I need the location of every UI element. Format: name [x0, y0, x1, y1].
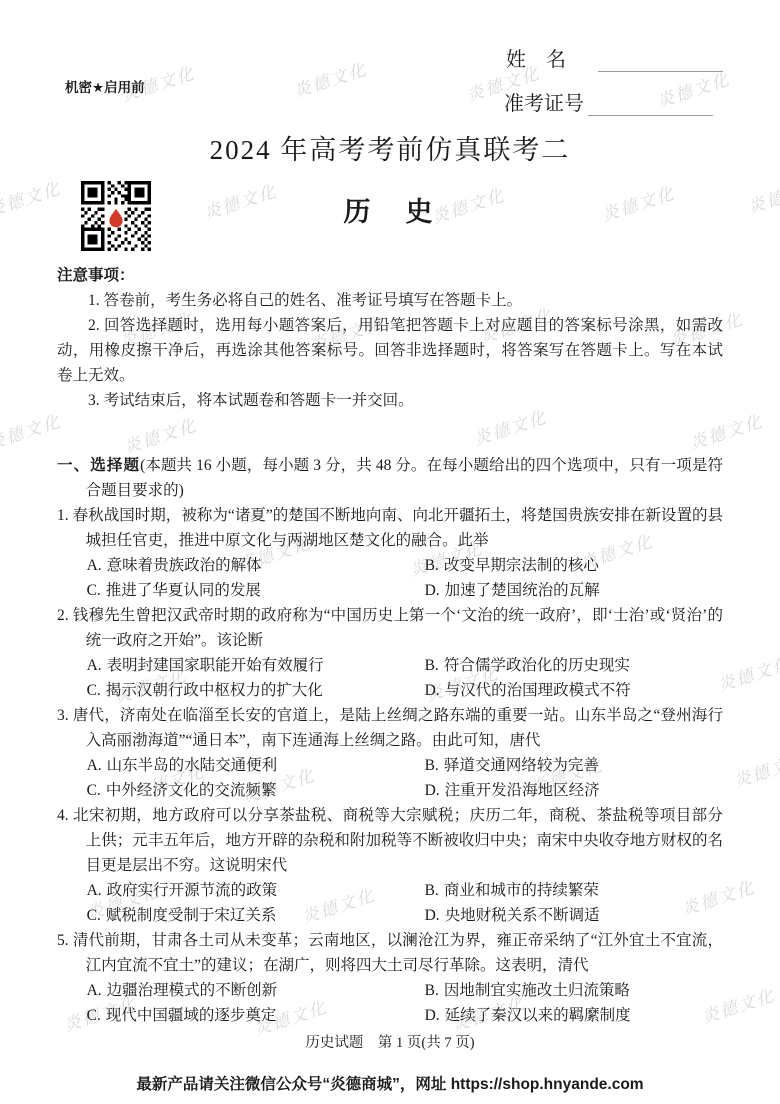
question-5: 5.清代前期，甘肃各土司从未变革；云南地区，以澜沧江为界，雍正帝采纳了“江外宜土…	[57, 928, 723, 1028]
option-text: 表明封建国家职能开始有效履行	[107, 657, 324, 674]
question-text: 春秋战国时期，被称为“诸夏”的楚国不断地向南、向北开疆拓土，将楚国贵族安排在新设…	[73, 507, 723, 549]
question-stem: 3.唐代，济南处在临淄至长安的官道上，是陆上丝绸之路东端的重要一站。山东半岛之“…	[57, 703, 723, 753]
exam-id-field: 准考证号	[504, 92, 713, 116]
option-b: B.因地制宜实施改土归流策略	[425, 978, 723, 1003]
option-text: 边疆治理模式的不断创新	[107, 982, 278, 999]
secrecy-label: 机密★启用前	[65, 76, 145, 96]
option-a: A.表明封建国家职能开始有效履行	[87, 653, 425, 678]
question-text: 北宋初期，地方政府可以分享茶盐税、商税等大宗赋税；庆历二年，商税、茶盐税等项目部…	[73, 807, 723, 874]
name-label: 姓 名	[506, 48, 594, 72]
option-label: B.	[425, 657, 439, 674]
page-header: 机密★启用前 姓 名 准考证号	[57, 0, 723, 133]
option-text: 现代中国疆域的逐步奠定	[106, 1007, 277, 1024]
notice-item-text: 答卷前，考生务必将自己的姓名、准考证号填写在答题卡上。	[104, 292, 523, 309]
option-d: D.与汉代的治国理政模式不符	[425, 678, 723, 703]
page-footer: 历史试题 第 1 页(共 7 页)	[0, 1031, 780, 1052]
option-label: B.	[425, 882, 439, 899]
question-3: 3.唐代，济南处在临淄至长安的官道上，是陆上丝绸之路东端的重要一站。山东半岛之“…	[57, 703, 723, 803]
question-text: 清代前期，甘肃各土司从未变革；云南地区，以澜沧江为界，雍正帝采纳了“江外宜土不宜…	[73, 932, 723, 974]
promo-banner: 最新产品请关注微信公众号“炎德商城”，网址 https://shop.hnyan…	[0, 1072, 780, 1094]
options: A.意味着贵族政治的解体 B.改变早期宗法制的核心 C.推进了华夏认同的发展 D…	[57, 553, 723, 603]
subject-title: 历 史	[57, 167, 723, 227]
option-text: 揭示汉朝行政中枢权力的扩大化	[106, 682, 323, 699]
option-c: C.推进了华夏认同的发展	[87, 578, 425, 603]
exam-id-label: 准考证号	[504, 92, 584, 116]
option-text: 驿道交通网络较为完善	[444, 757, 599, 774]
option-b: B.符合儒学政治化的历史现实	[425, 653, 723, 678]
option-text: 注重开发沿海地区经济	[445, 782, 600, 799]
option-text: 政府实行开源节流的政策	[107, 882, 278, 899]
exam-title: 2024 年高考考前仿真联考二	[57, 133, 723, 167]
option-c: C.现代中国疆域的逐步奠定	[87, 1003, 425, 1028]
name-underline	[598, 49, 723, 72]
question-2: 2.钱穆先生曾把汉武帝时期的政府称为“中国历史上第一个‘文治的统一政府’，即‘士…	[57, 603, 723, 703]
notice-item: 3.考试结束后，将本试题卷和答题卡一并交回。	[57, 388, 723, 413]
exam-id-underline	[588, 93, 713, 116]
option-label: A.	[87, 657, 102, 674]
option-text: 改变早期宗法制的核心	[444, 557, 599, 574]
options: A.表明封建国家职能开始有效履行 B.符合儒学政治化的历史现实 C.揭示汉朝行政…	[57, 653, 723, 703]
question-stem: 5.清代前期，甘肃各土司从未变革；云南地区，以澜沧江为界，雍正帝采纳了“江外宜土…	[57, 928, 723, 978]
option-label: A.	[87, 757, 102, 774]
question-stem: 2.钱穆先生曾把汉武帝时期的政府称为“中国历史上第一个‘文治的统一政府’，即‘士…	[57, 603, 723, 653]
option-label: D.	[425, 582, 440, 599]
notice-item: 2.回答选择题时，选用每小题答案后，用铅笔把答题卡上对应题目的答案标号涂黑，如需…	[57, 313, 723, 388]
option-text: 推进了华夏认同的发展	[106, 582, 261, 599]
option-label: D.	[425, 907, 440, 924]
question-number: 2.	[57, 607, 69, 624]
option-label: D.	[425, 1007, 440, 1024]
option-text: 意味着贵族政治的解体	[107, 557, 262, 574]
option-label: C.	[87, 782, 101, 799]
option-label: D.	[425, 782, 440, 799]
option-d: D.注重开发沿海地区经济	[425, 778, 723, 803]
notice-item-number: 1.	[88, 292, 100, 309]
notice-item-text: 考试结束后，将本试题卷和答题卡一并交回。	[104, 392, 414, 409]
notice-item-number: 3.	[88, 392, 100, 409]
option-text: 山东半岛的水陆交通便利	[107, 757, 278, 774]
question-1: 1.春秋战国时期，被称为“诸夏”的楚国不断地向南、向北开疆拓土，将楚国贵族安排在…	[57, 503, 723, 603]
question-number: 3.	[57, 707, 69, 724]
option-text: 赋税制度受制于宋辽关系	[106, 907, 277, 924]
option-text: 符合儒学政治化的历史现实	[444, 657, 630, 674]
option-text: 中外经济文化的交流频繁	[106, 782, 277, 799]
notice-item-text: 回答选择题时，选用每小题答案后，用铅笔把答题卡上对应题目的答案标号涂黑，如需改动…	[57, 317, 723, 384]
option-text: 延续了秦汉以来的羁縻制度	[445, 1007, 631, 1024]
question-text: 钱穆先生曾把汉武帝时期的政府称为“中国历史上第一个‘文治的统一政府’，即‘士治’…	[73, 607, 723, 649]
qr-code-icon	[81, 181, 151, 251]
option-c: C.中外经济文化的交流频繁	[87, 778, 425, 803]
question-number: 1.	[57, 507, 69, 524]
option-label: A.	[87, 557, 102, 574]
option-text: 央地财税关系不断调适	[445, 907, 600, 924]
option-a: A.政府实行开源节流的政策	[87, 878, 425, 903]
option-b: B.商业和城市的持续繁荣	[425, 878, 723, 903]
option-label: C.	[87, 1007, 101, 1024]
option-d: D.央地财税关系不断调适	[425, 903, 723, 928]
option-text: 因地制宜实施改土归流策略	[444, 982, 630, 999]
notice-item-number: 2.	[88, 317, 100, 334]
option-c: C.揭示汉朝行政中枢权力的扩大化	[87, 678, 425, 703]
options: A.山东半岛的水陆交通便利 B.驿道交通网络较为完善 C.中外经济文化的交流频繁…	[57, 753, 723, 803]
option-text: 与汉代的治国理政模式不符	[445, 682, 631, 699]
option-a: A.边疆治理模式的不断创新	[87, 978, 425, 1003]
question-number: 4.	[57, 807, 69, 824]
option-text: 商业和城市的持续繁荣	[444, 882, 599, 899]
option-text: 加速了楚国统治的瓦解	[445, 582, 600, 599]
option-label: C.	[87, 682, 101, 699]
option-label: B.	[425, 557, 439, 574]
option-b: B.改变早期宗法制的核心	[425, 553, 723, 578]
section-label: 一、选择题	[57, 457, 140, 474]
option-label: B.	[425, 982, 439, 999]
option-label: B.	[425, 757, 439, 774]
option-label: D.	[425, 682, 440, 699]
name-field: 姓 名	[506, 48, 723, 72]
options: A.政府实行开源节流的政策 B.商业和城市的持续繁荣 C.赋税制度受制于宋辽关系…	[57, 878, 723, 928]
subject-row: 历 史	[57, 167, 723, 263]
option-label: A.	[87, 982, 102, 999]
option-label: C.	[87, 582, 101, 599]
options: A.边疆治理模式的不断创新 B.因地制宜实施改土归流策略 C.现代中国疆域的逐步…	[57, 978, 723, 1028]
question-4: 4.北宋初期，地方政府可以分享茶盐税、商税等大宗赋税；庆历二年，商税、茶盐税等项…	[57, 803, 723, 928]
notice-heading: 注意事项：	[57, 263, 723, 288]
option-a: A.意味着贵族政治的解体	[87, 553, 425, 578]
question-text: 唐代，济南处在临淄至长安的官道上，是陆上丝绸之路东端的重要一站。山东半岛之“登州…	[73, 707, 723, 749]
option-a: A.山东半岛的水陆交通便利	[87, 753, 425, 778]
section-description: (本题共 16 小题，每小题 3 分，共 48 分。在每小题给出的四个选项中，只…	[86, 457, 723, 499]
question-stem: 4.北宋初期，地方政府可以分享茶盐税、商税等大宗赋税；庆历二年，商税、茶盐税等项…	[57, 803, 723, 878]
notice-item: 1.答卷前，考生务必将自己的姓名、准考证号填写在答题卡上。	[57, 288, 723, 313]
exam-page: 炎德文化 炎德文化 炎德文化 炎德文化 炎德文化 炎德文化 炎德文化 炎德文化 …	[0, 0, 780, 1104]
question-number: 5.	[57, 932, 69, 949]
section-heading: 一、选择题(本题共 16 小题，每小题 3 分，共 48 分。在每小题给出的四个…	[57, 453, 723, 503]
question-stem: 1.春秋战国时期，被称为“诸夏”的楚国不断地向南、向北开疆拓土，将楚国贵族安排在…	[57, 503, 723, 553]
option-d: D.加速了楚国统治的瓦解	[425, 578, 723, 603]
option-d: D.延续了秦汉以来的羁縻制度	[425, 1003, 723, 1028]
option-label: C.	[87, 907, 101, 924]
option-label: A.	[87, 882, 102, 899]
option-b: B.驿道交通网络较为完善	[425, 753, 723, 778]
option-c: C.赋税制度受制于宋辽关系	[87, 903, 425, 928]
